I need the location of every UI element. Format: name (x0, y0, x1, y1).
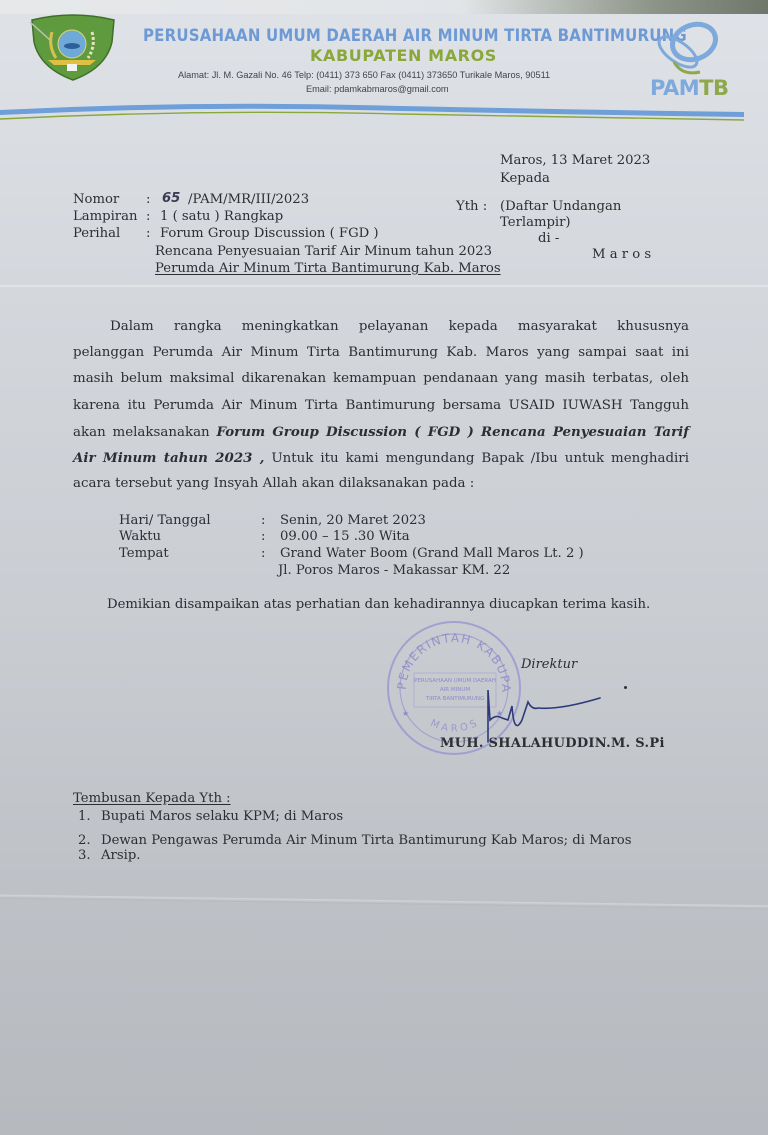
svg-text:★: ★ (402, 709, 409, 718)
letterhead-address: Alamat: Jl. M. Gazali No. 46 Telp: (0411… (178, 70, 550, 80)
addressee-city: M a r o s (592, 247, 651, 262)
event-date-label: Hari/ Tanggal (119, 513, 211, 528)
addressee-line2: Terlampir) (500, 215, 571, 230)
lampiran-label: Lampiran (73, 209, 137, 224)
letterhead-org-name: PERUSAHAAN UMUM DAERAH AIR MINUM TIRTA B… (143, 26, 621, 46)
paper-fold-lower (0, 895, 768, 910)
tembusan-item-2: Dewan Pengawas Perumda Air Minum Tirta B… (101, 833, 631, 848)
nomor-label: Nomor (73, 192, 119, 207)
perihal-line1: Forum Group Discussion ( FGD ) (160, 226, 379, 241)
paper-fold (0, 285, 768, 287)
event-time-value: 09.00 – 15 .30 Wita (280, 529, 410, 544)
event-place-colon: : (261, 546, 265, 561)
tembusan-item-1-num: 1. (78, 809, 91, 824)
event-title-bold: Forum Group Discussion ( FGD ) Rencana P… (216, 424, 689, 440)
event-time-label: Waktu (119, 529, 161, 544)
ink-dot (624, 686, 627, 689)
perihal-line2: Rencana Penyesuaian Tarif Air Minum tahu… (155, 244, 492, 259)
body-paragraph: Dalam rangka meningkatkan pelayanan kepa… (73, 314, 689, 497)
body-line-5-pre: akan melaksanakan (73, 425, 216, 440)
nomor-colon: : (146, 192, 150, 207)
lampiran-colon: : (146, 209, 150, 224)
body-line-1: Dalam rangka meningkatkan pelayanan kepa… (73, 314, 689, 340)
perihal-line3: Perumda Air Minum Tirta Bantimurung Kab.… (155, 261, 501, 276)
kepada-label: Kepada (500, 171, 550, 186)
body-line-6: Air Minum tahun 2023 , Untuk itu kami me… (73, 445, 689, 471)
signatory-title: Direktur (521, 657, 577, 672)
letterhead-email: Email: pdamkabmaros@gmail.com (306, 84, 449, 94)
letterhead-regency: KABUPATEN MAROS (310, 46, 497, 65)
body-line-4: karena itu Perumda Air Minum Tirta Banti… (73, 393, 689, 419)
regency-crest-icon (26, 12, 120, 82)
event-place-label: Tempat (119, 546, 169, 561)
place-date: Maros, 13 Maret 2023 (500, 153, 650, 168)
nomor-value: /PAM/MR/III/2023 (188, 192, 309, 207)
closing-sentence: Demikian disampaikan atas perhatian dan … (107, 597, 650, 612)
body-line-7: acara tersebut yang Insyah Allah akan di… (73, 471, 689, 497)
event-title-bold-cont: Air Minum tahun 2023 , (73, 450, 264, 466)
body-line-2: pelanggan Perumda Air Minum Tirta Bantim… (73, 340, 689, 366)
event-date-value: Senin, 20 Maret 2023 (280, 513, 426, 528)
perihal-colon: : (146, 226, 150, 241)
yth-label: Yth : (456, 199, 487, 214)
nomor-handwritten-number: 65 (162, 191, 180, 206)
body-line-3: masih belum maksimal dikarenakan kemampu… (73, 366, 689, 392)
event-place-value: Grand Water Boom (Grand Mall Maros Lt. 2… (280, 546, 584, 561)
letterhead-divider (0, 96, 768, 124)
body-line-5: akan melaksanakan Forum Group Discussion… (73, 419, 689, 445)
tembusan-item-2-num: 2. (78, 833, 91, 848)
event-place-address: Jl. Poros Maros - Makassar KM. 22 (278, 563, 510, 578)
addressee-di: di - (538, 231, 559, 246)
signatory-name: MUH. SHALAHUDDIN.M. S.Pi (440, 736, 665, 751)
event-time-colon: : (261, 529, 265, 544)
perihal-label: Perihal (73, 226, 120, 241)
addressee-line1: (Daftar Undangan (500, 199, 621, 214)
lampiran-value: 1 ( satu ) Rangkap (160, 209, 283, 224)
tembusan-item-3: Arsip. (101, 848, 140, 863)
letter-page: PERUSAHAAN UMUM DAERAH AIR MINUM TIRTA B… (0, 0, 768, 1135)
tembusan-heading: Tembusan Kepada Yth : (73, 791, 231, 806)
body-line-6-post: Untuk itu kami mengundang Bapak /Ibu unt… (264, 451, 689, 466)
tembusan-item-3-num: 3. (78, 848, 91, 863)
event-date-colon: : (261, 513, 265, 528)
tembusan-item-1: Bupati Maros selaku KPM; di Maros (101, 809, 343, 824)
